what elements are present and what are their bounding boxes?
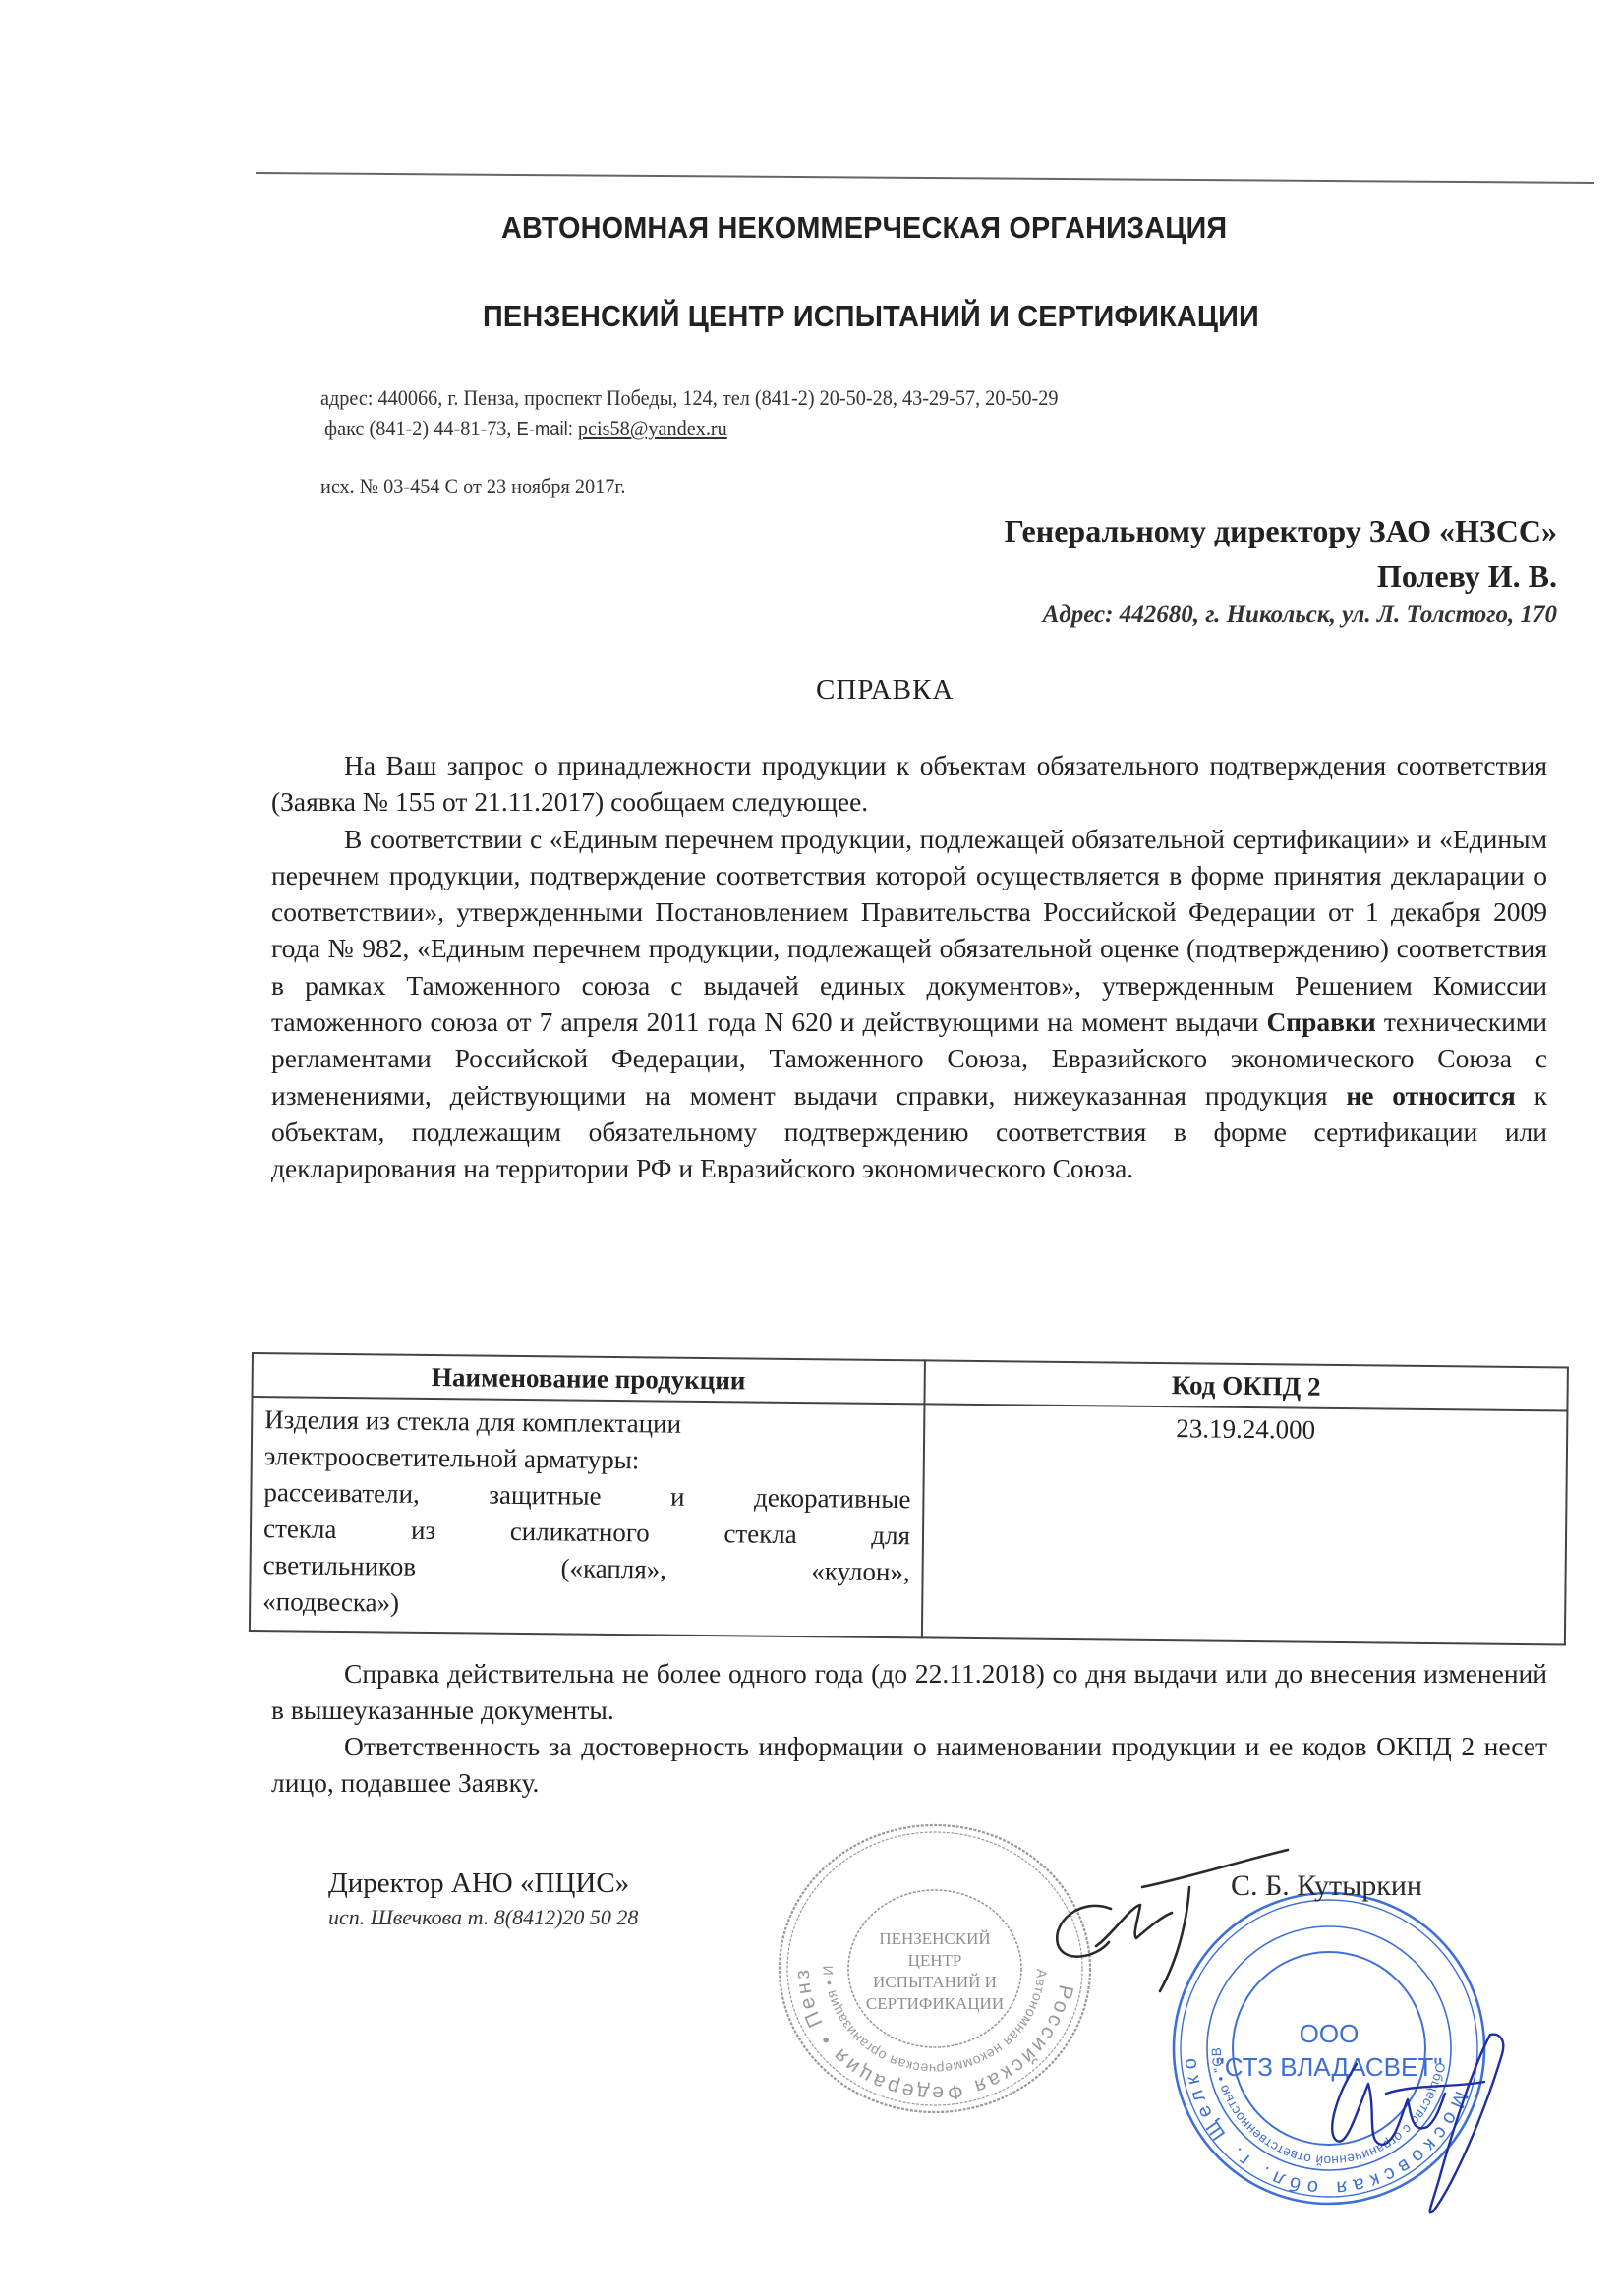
recipient-name: Полеву И. В. bbox=[1377, 558, 1557, 595]
product-table: Наименование продукции Код ОКПД 2 Издели… bbox=[249, 1352, 1569, 1645]
column-header-product-name: Наименование продукции bbox=[253, 1353, 925, 1404]
executor-contact: исп. Швечкова т. 8(8412)20 50 28 bbox=[328, 1905, 638, 1930]
org-type: АВТОНОМНАЯ НЕКОММЕРЧЕСКАЯ ОРГАНИЗАЦИЯ bbox=[501, 210, 1227, 246]
outgoing-reference: исх. № 03-454 С от 23 ноября 2017г. bbox=[320, 474, 625, 499]
email-link[interactable]: pcis58@yandex.ru bbox=[578, 416, 727, 440]
body-paragraph-conclusion: В соответствии с «Единым перечнем продук… bbox=[271, 821, 1547, 1187]
svg-text:СЕРТИФИКАЦИИ: СЕРТИФИКАЦИИ bbox=[866, 1994, 1004, 2013]
table-row: Изделия из стекла для комплектации элект… bbox=[250, 1397, 1567, 1644]
email-label: E-mail: bbox=[517, 419, 578, 440]
bold-spravki: Справки bbox=[1266, 1006, 1375, 1037]
fax-text: факс (841-2) 44-81-73, bbox=[324, 416, 517, 440]
org-address: адрес: 440066, г. Пенза, проспект Победы… bbox=[320, 385, 1058, 411]
okpd2-code-cell: 23.19.24.000 bbox=[922, 1404, 1568, 1644]
header-rule bbox=[256, 172, 1594, 184]
responsibility-note: Ответственность за достоверность информа… bbox=[271, 1728, 1547, 1801]
bold-not-applicable: не относится bbox=[1346, 1080, 1515, 1111]
signatory-name: С. Б. Кутыркин bbox=[1231, 1869, 1422, 1903]
signatory-position: Директор АНО «ПЦИС» bbox=[328, 1867, 629, 1900]
org-name: ПЕНЗЕНСКИЙ ЦЕНТР ИСПЫТАНИЙ И СЕРТИФИКАЦИ… bbox=[483, 299, 1259, 334]
svg-text:ИСПЫТАНИЙ И: ИСПЫТАНИЙ И bbox=[873, 1973, 997, 1991]
column-header-okpd2-code: Код ОКПД 2 bbox=[924, 1360, 1567, 1410]
document-body: На Ваш запрос о принадлежности продукции… bbox=[271, 747, 1547, 1187]
recipient-address: Адрес: 442680, г. Никольск, ул. Л. Толст… bbox=[1043, 602, 1557, 629]
svg-text:ЦЕНТР: ЦЕНТР bbox=[908, 1951, 962, 1970]
footer-notes: Справка действительна не более одного го… bbox=[271, 1655, 1547, 1801]
blue-handwritten-signature bbox=[1317, 2025, 1514, 2221]
validity-note: Справка действительна не более одного го… bbox=[271, 1655, 1547, 1728]
svg-text:ПЕНЗЕНСКИЙ: ПЕНЗЕНСКИЙ bbox=[879, 1929, 990, 1948]
product-name-cell: Изделия из стекла для комплектации элект… bbox=[250, 1397, 925, 1637]
recipient-title: Генеральному директору ЗАО «НЗСС» bbox=[1005, 513, 1557, 549]
document-title: СПРАВКА bbox=[816, 674, 954, 707]
org-contacts: факс (841-2) 44-81-73, E-mail: pcis58@ya… bbox=[324, 416, 727, 441]
body-paragraph-request: На Ваш запрос о принадлежности продукции… bbox=[271, 747, 1547, 821]
